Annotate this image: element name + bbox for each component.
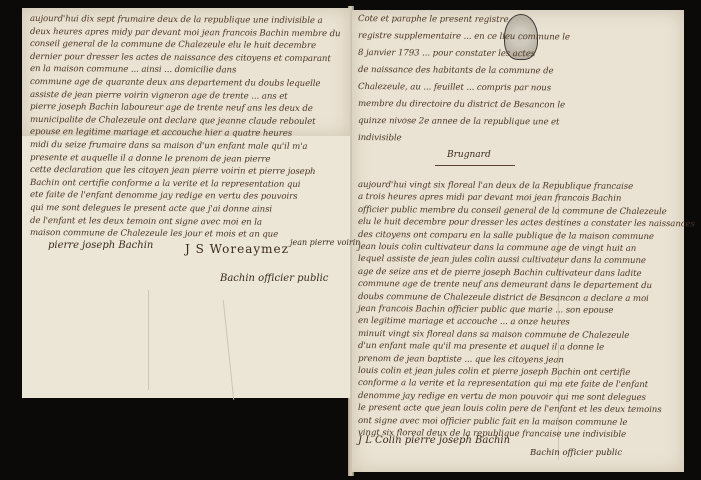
handwritten-line: d'un enfant male qu'il ma presente et au… xyxy=(358,341,604,353)
handwritten-line: minuit vingt six floreal dans sa maison … xyxy=(358,329,629,341)
handwritten-line: jean francois Bachin officier public que… xyxy=(358,304,613,316)
handwritten-line: aujourd'hui dix sept frumaire deux de la… xyxy=(30,14,323,26)
paper-crease xyxy=(148,290,149,390)
handwritten-line: en legitime mariage et accouche ... a on… xyxy=(358,316,570,327)
handwritten-line: doubs commune de Chalezeule district de … xyxy=(358,292,649,304)
handwritten-line: dernier pour dresser les actes de naissa… xyxy=(30,52,331,64)
handwritten-line: registre supplementaire ... en ce lieu c… xyxy=(358,31,570,42)
handwritten-line: municipalite de Chalezeule ont declare q… xyxy=(30,115,316,127)
handwritten-line: Cote et paraphe le present registre xyxy=(358,14,509,25)
handwritten-line: Bachin ont certifie conforme a la verite… xyxy=(30,178,301,190)
signature-underline xyxy=(435,165,515,166)
handwritten-line: quinze nivose 2e annee de la republique … xyxy=(358,116,559,127)
handwritten-line: 8 janvier 1793 ... pour constater les ac… xyxy=(358,48,535,59)
handwritten-line: deux heures apres midy par devant moi je… xyxy=(30,27,341,39)
handwritten-line: age de seize ans et de pierre joseph Bac… xyxy=(358,267,642,279)
handwritten-line: ont signe avec moi officier public fait … xyxy=(358,416,628,428)
handwritten-line: aujourd'hui vingt six floreal l'an deux … xyxy=(358,180,633,192)
signature-colin-bachin: J L Colin pierre joseph Bachin xyxy=(358,435,510,446)
signature-brugnard: Brugnard xyxy=(447,150,491,160)
handwritten-line: de l'enfant et les deux temoin ont signe… xyxy=(30,216,262,228)
signature-bachin-officier-right: Bachin officier public xyxy=(530,448,622,458)
handwritten-line: jean louis colin cultivateur dans la com… xyxy=(358,242,636,254)
handwritten-line: des citoyens ont comparu en la salle pub… xyxy=(358,230,654,242)
handwritten-line: officier public membre du conseil genera… xyxy=(358,205,667,217)
handwritten-line: presente et auquelle il a donne le preno… xyxy=(30,153,270,165)
signature-pierre-joseph-bachin: pierre joseph Bachin xyxy=(48,240,153,251)
handwritten-line: denomme jay redige en vertu de mon pouvo… xyxy=(358,391,646,403)
handwritten-line: maison commune de Chalezeule les jour et… xyxy=(30,228,278,240)
handwritten-line: assiste de jean pierre voirin vigneron a… xyxy=(30,90,288,102)
signature-bachin-officier: Bachin officier public xyxy=(220,273,328,284)
handwritten-line: indivisible xyxy=(358,133,402,143)
handwritten-line: midi du seize frumaire dans sa maison d'… xyxy=(30,140,308,152)
handwritten-line: de naissance des habitants de la commune… xyxy=(358,65,554,76)
signature-woreaymez: J S Woreaymez xyxy=(185,242,289,256)
handwritten-line: qui me sont delegues le present acte que… xyxy=(30,203,272,215)
handwritten-line: commune age de quarante deux ans departe… xyxy=(30,77,320,89)
handwritten-line: Chalezeule, au ... feuillet ... compris … xyxy=(358,82,551,93)
signature-jean-pierre-voirin: jean pierre voirin xyxy=(290,238,360,247)
handwritten-line: en la maison commune ... ainsi ... domic… xyxy=(30,64,236,75)
handwritten-line: prenom de jean baptiste ... que les cito… xyxy=(358,354,564,365)
handwritten-line: louis colin et jean jules colin et pierr… xyxy=(358,366,630,378)
handwritten-line: membre du directoire du district de Besa… xyxy=(358,99,565,110)
